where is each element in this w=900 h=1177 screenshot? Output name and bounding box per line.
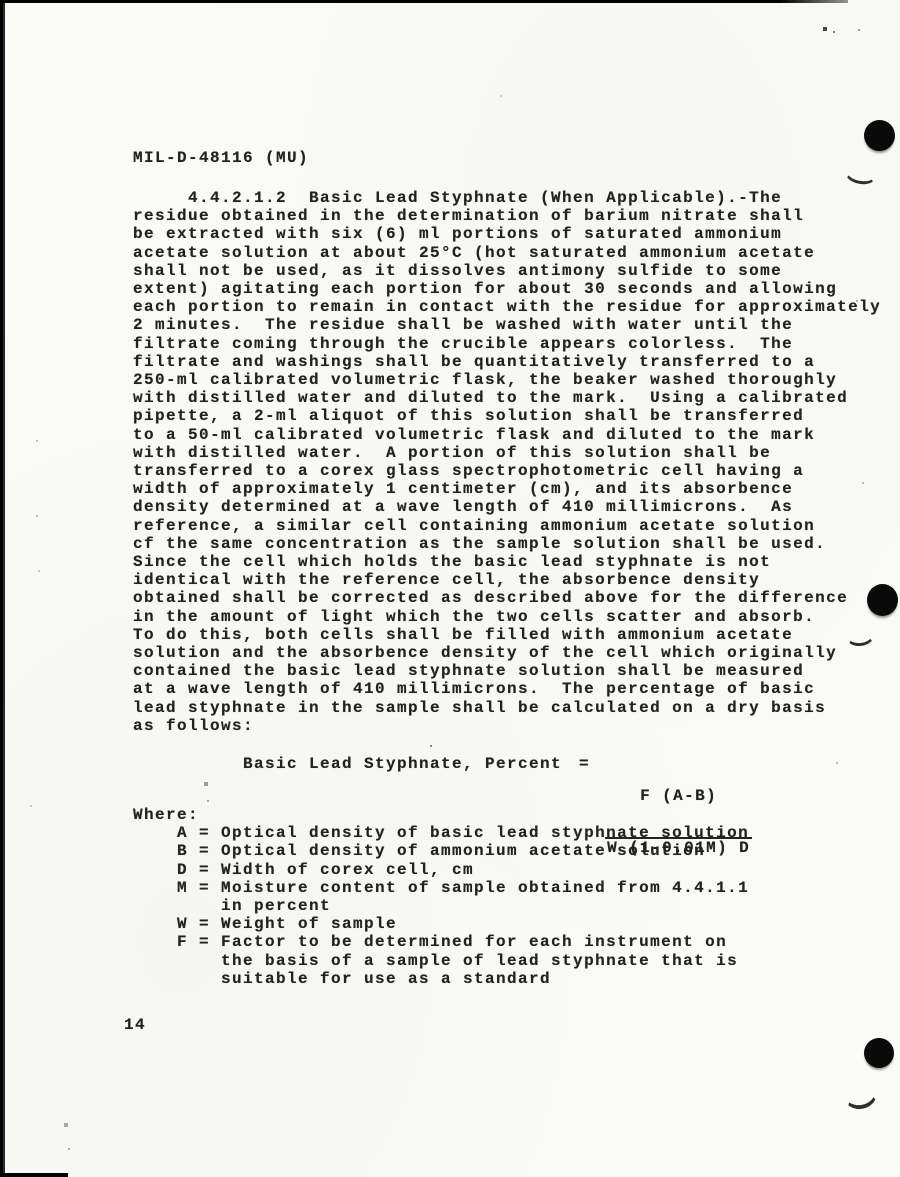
paragraph-line: cf the same concentration as the sample …	[133, 535, 881, 553]
scan-edge-bottom	[0, 1173, 68, 1177]
where-line: in percent	[133, 897, 749, 915]
paragraph-line: in the amount of light which the two cel…	[133, 608, 881, 626]
paragraph-line: 250-ml calibrated volumetric flask, the …	[133, 371, 881, 389]
paragraph-line: Since the cell which holds the basic lea…	[133, 553, 881, 571]
document-page: MIL-D-48116 (MU) 4.4.2.1.2 Basic Lead St…	[0, 0, 900, 1177]
paragraph-line: contained the basic lead styphnate solut…	[133, 662, 881, 680]
paragraph-line: 4.4.2.1.2 Basic Lead Styphnate (When App…	[133, 189, 881, 207]
pen-smudge	[840, 1075, 880, 1112]
paragraph-line: density determined at a wave length of 4…	[133, 498, 881, 516]
where-line: B = Optical density of ammonium acetate …	[133, 842, 749, 860]
paragraph-line: 2 minutes. The residue shall be washed w…	[133, 316, 881, 334]
paragraph-line: pipette, a 2-ml aliquot of this solution…	[133, 407, 881, 425]
paragraph-line: reference, a similar cell containing amm…	[133, 517, 881, 535]
paragraph-line: extent) agitating each portion for about…	[133, 280, 881, 298]
paragraph-line: with distilled water and diluted to the …	[133, 389, 881, 407]
paragraph-line: with distilled water. A portion of this …	[133, 444, 881, 462]
paragraph-line: transferred to a corex glass spectrophot…	[133, 462, 881, 480]
paragraph-line: obtained shall be corrected as described…	[133, 589, 881, 607]
scan-specks	[0, 0, 2, 2]
where-line: W = Weight of sample	[133, 915, 749, 933]
paragraph-line: residue obtained in the determination of…	[133, 207, 881, 225]
pen-smudge	[843, 160, 878, 186]
formula-label: Basic Lead Styphnate, Percent	[243, 756, 562, 772]
where-line: F = Factor to be determined for each ins…	[133, 933, 749, 951]
paragraph-line: acetate solution at about 25°C (hot satu…	[133, 244, 881, 262]
paragraph-line: at a wave length of 410 millimicrons. Th…	[133, 680, 881, 698]
paragraph-line: filtrate and washings shall be quantitat…	[133, 353, 881, 371]
paragraph-line: filtrate coming through the crucible app…	[133, 335, 881, 353]
paragraph-line: to a 50-ml calibrated volumetric flask a…	[133, 426, 881, 444]
scan-edge-top	[0, 0, 848, 3]
paragraph-line: solution and the absorbence density of t…	[133, 644, 881, 662]
section-paragraph: 4.4.2.1.2 Basic Lead Styphnate (When App…	[133, 189, 881, 735]
paragraph-line: as follows:	[133, 717, 881, 735]
where-line: the basis of a sample of lead styphnate …	[133, 952, 749, 970]
where-line: suitable for use as a standard	[133, 970, 749, 988]
formula-equals-sign: =	[579, 756, 590, 772]
where-line: M = Moisture content of sample obtained …	[133, 879, 749, 897]
paragraph-line: shall not be used, as it dissolves antim…	[133, 262, 881, 280]
scan-edge-left	[0, 0, 5, 1177]
paragraph-line: identical with the reference cell, the a…	[133, 571, 881, 589]
paragraph-line: be extracted with six (6) ml portions of…	[133, 225, 881, 243]
page-number: 14	[124, 1016, 146, 1034]
paragraph-line: width of approximately 1 centimeter (cm)…	[133, 480, 881, 498]
spec-number: MIL-D-48116 (MU)	[133, 149, 309, 167]
paragraph-line: To do this, both cells shall be filled w…	[133, 626, 881, 644]
punch-hole-mark	[864, 120, 895, 151]
where-line: Where:	[133, 806, 749, 824]
paragraph-line: lead styphnate in the sample shall be ca…	[133, 699, 881, 717]
where-line: D = Width of corex cell, cm	[133, 861, 749, 879]
formula-numerator: F (A-B)	[605, 788, 752, 805]
where-definitions: Where: A = Optical density of basic lead…	[133, 806, 749, 988]
where-line: A = Optical density of basic lead styphn…	[133, 824, 749, 842]
paragraph-line: each portion to remain in contact with t…	[133, 298, 881, 316]
punch-hole-mark	[864, 1038, 894, 1068]
